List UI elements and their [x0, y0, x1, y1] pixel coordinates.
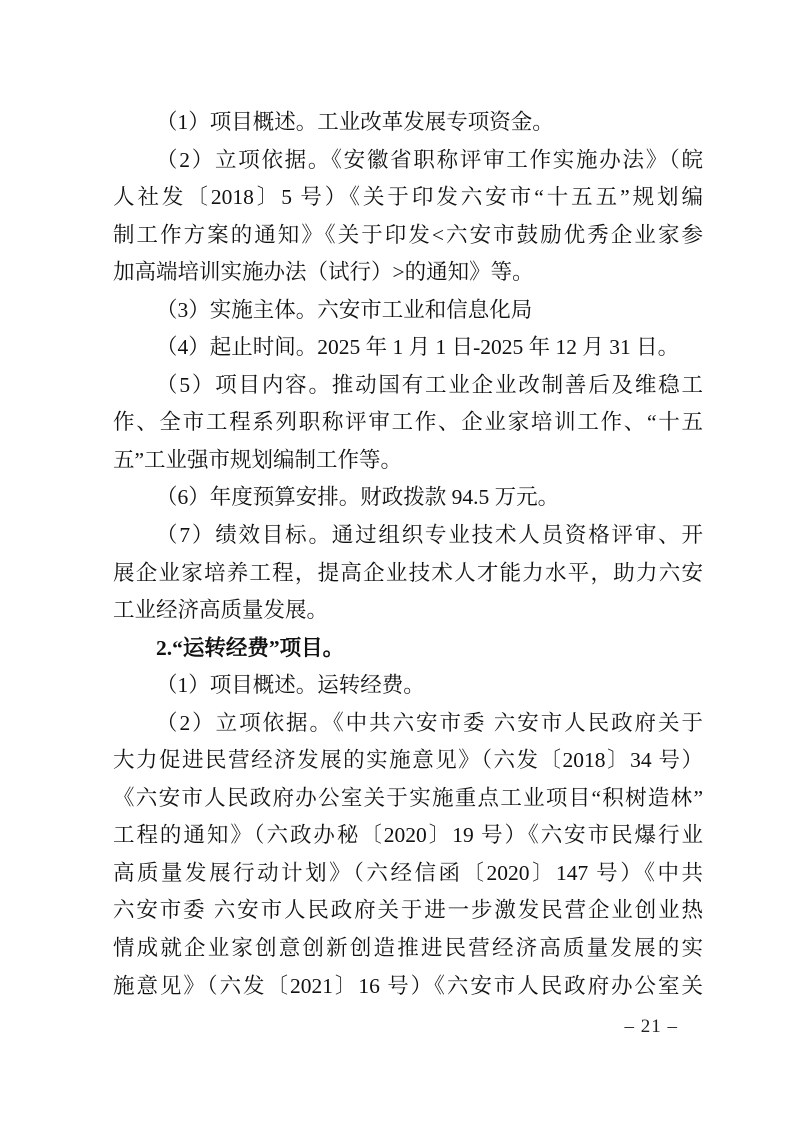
- text-line: （2）立项依据。《安徽省职称评审工作实施办法》（皖: [113, 142, 703, 180]
- text-line: （1）项目概述。运转经费。: [113, 667, 703, 705]
- text-line: （3）实施主体。六安市工业和信息化局: [113, 292, 703, 330]
- text-line: （2）立项依据。《中共六安市委 六安市人民政府关于: [113, 705, 703, 743]
- section-heading: 2.“运转经费”项目。: [113, 630, 703, 668]
- text-line: 人社发〔2018〕5 号）《关于印发六安市“十五五”规划编: [113, 179, 703, 217]
- text-line: 高质量发展行动计划》（六经信函〔2020〕147 号）《中共: [113, 855, 703, 893]
- text-line: （4）起止时间。2025 年 1 月 1 日-2025 年 12 月 31 日。: [113, 329, 703, 367]
- text-line: 五”工业强市规划编制工作等。: [113, 442, 703, 480]
- text-line: 工程的通知》（六政办秘〔2020〕19 号）《六安市民爆行业: [113, 817, 703, 855]
- text-line: （5）项目内容。推动国有工业企业改制善后及维稳工: [113, 367, 703, 405]
- document-body: （1）项目概述。工业改革发展专项资金。 （2）立项依据。《安徽省职称评审工作实施…: [113, 104, 703, 1005]
- text-line: 工业经济高质量发展。: [113, 592, 703, 630]
- text-line: 情成就企业家创意创新创造推进民营经济高质量发展的实: [113, 930, 703, 968]
- text-line: 六安市委 六安市人民政府关于进一步激发民营企业创业热: [113, 892, 703, 930]
- text-line: 制工作方案的通知》《关于印发<六安市鼓励优秀企业家参: [113, 217, 703, 255]
- text-line: （6）年度预算安排。财政拨款 94.5 万元。: [113, 479, 703, 517]
- text-line: 展企业家培养工程，提高企业技术人才能力水平，助力六安: [113, 555, 703, 593]
- text-line: （1）项目概述。工业改革发展专项资金。: [113, 104, 703, 142]
- document-page: （1）项目概述。工业改革发展专项资金。 （2）立项依据。《安徽省职称评审工作实施…: [0, 0, 793, 1122]
- text-line: 加高端培训实施办法（试行）>的通知》等。: [113, 254, 703, 292]
- text-line: 《六安市人民政府办公室关于实施重点工业项目“积树造林”: [113, 780, 703, 818]
- text-line: 作、全市工程系列职称评审工作、企业家培训工作、“十五: [113, 404, 703, 442]
- text-line: 施意见》（六发〔2021〕16 号）《六安市人民政府办公室关: [113, 968, 703, 1006]
- text-line: （7）绩效目标。通过组织专业技术人员资格评审、开: [113, 517, 703, 555]
- page-number: – 21 –: [625, 1016, 679, 1038]
- text-line: 大力促进民营经济发展的实施意见》（六发〔2018〕34 号）: [113, 742, 703, 780]
